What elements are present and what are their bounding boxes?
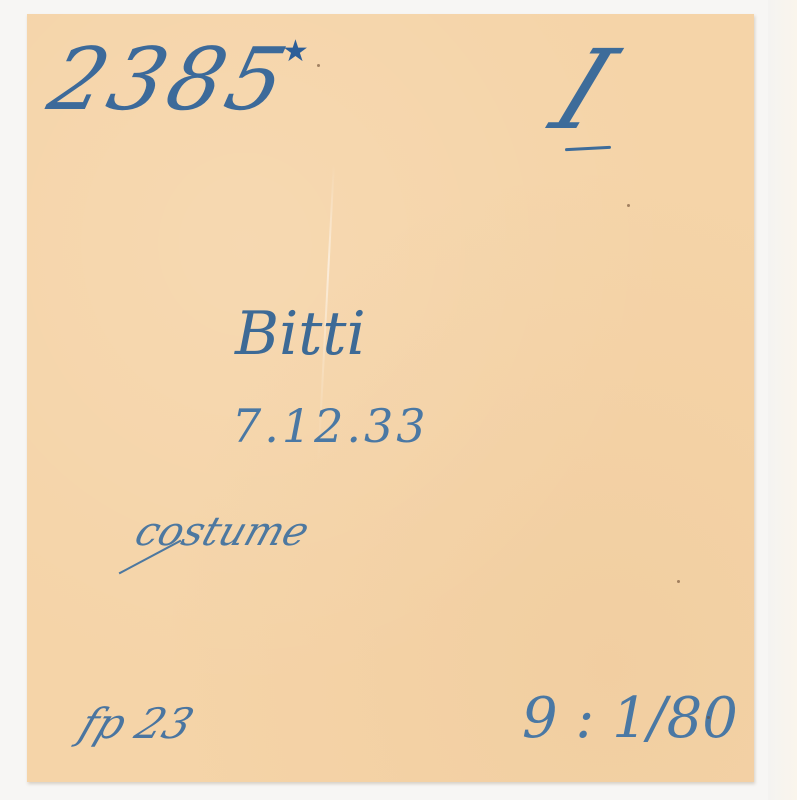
archive-card: 2385 ★ I Bitti 7.12.33 costume fp 23 9 :…: [27, 14, 754, 782]
date: 7.12.33: [232, 399, 429, 453]
reference-right: 9 : 1/80: [522, 686, 738, 751]
catalog-number: 2385: [40, 30, 300, 130]
subject-name: Bitti: [235, 299, 366, 369]
star-icon: ★: [282, 34, 309, 69]
paper-speck: [627, 204, 630, 207]
paper-speck: [677, 580, 680, 583]
reference-left: fp 23: [73, 699, 200, 748]
paper-speck: [707, 716, 710, 719]
note-costume: costume: [130, 509, 315, 555]
paper-speck: [317, 64, 320, 67]
backing-board: [768, 0, 797, 800]
roman-numeral: I: [536, 26, 631, 154]
